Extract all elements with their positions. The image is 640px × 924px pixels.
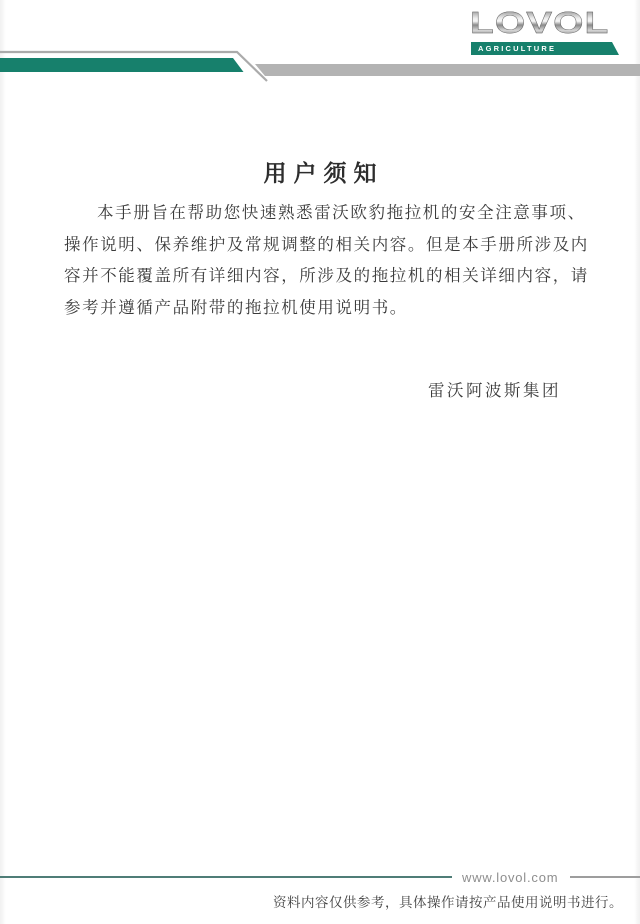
page-title: 用户须知: [0, 155, 640, 188]
signature-company-name: 雷沃阿波斯集团: [428, 377, 561, 401]
ribbon-gray-bar: [255, 64, 640, 76]
page-edge-shadow-right: [634, 0, 640, 924]
footer-website-text: www.lovol.com: [462, 870, 558, 885]
page-edge-shadow-left: [0, 0, 6, 924]
ribbon-green-bar: [0, 58, 244, 72]
footer-divider-line-left: [0, 876, 452, 878]
footer-disclaimer: 资料内容仅供参考，具体操作请按产品使用说明书进行。: [273, 891, 623, 911]
lovol-logo: LOVOL AGRICULTURE: [470, 11, 628, 55]
agriculture-banner: AGRICULTURE: [471, 42, 619, 55]
notice-paragraph-line: 本手册旨在帮助您快速熟悉雷沃欧豹拖拉机的安全注意事项、: [64, 197, 580, 229]
footer-divider: www.lovol.com: [0, 869, 640, 885]
footer-divider-line-right: [570, 876, 640, 878]
notice-paragraph: 本手册旨在帮助您快速熟悉雷沃欧豹拖拉机的安全注意事项、 操作说明、保养维护及常规…: [64, 197, 580, 323]
lovol-logo-wordmark: LOVOL: [470, 11, 628, 35]
notice-paragraph-line: 参考并遵循产品附带的拖拉机使用说明书。: [64, 292, 580, 324]
manual-page: { "header": { "logo_text": "LOVOL", "log…: [0, 0, 640, 924]
agriculture-banner-label: AGRICULTURE: [478, 44, 556, 53]
notice-paragraph-line: 容并不能覆盖所有详细内容，所涉及的拖拉机的相关详细内容，请: [64, 260, 580, 292]
notice-paragraph-line: 操作说明、保养维护及常规调整的相关内容。但是本手册所涉及内: [64, 229, 580, 261]
